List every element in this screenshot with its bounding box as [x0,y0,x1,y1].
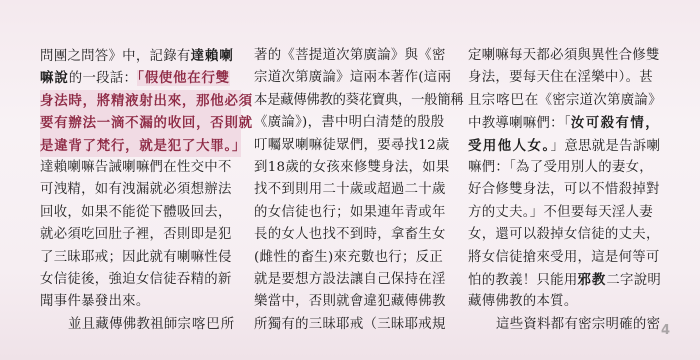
text-line: 叮囑眾喇嘛徒眾們，要尋找12歲 [254,135,449,157]
text-span: 中教導喇嘛們：「 [468,116,571,131]
emphasized-quote: 汝可殺有情， [571,115,660,131]
text-line: 就是要想方設法讓自己保持在淫 [254,269,449,291]
text-line: 定喇嘛每天都必須與異性合修雙 [468,45,668,67]
text-line: 女信徒後，強迫女信徒吞精的新 [40,269,237,291]
document-page: 問團之問答》中，記錄有達賴喇 嘛說的一段話：「假使他在行雙 身法時，將精液射出來… [0,0,700,360]
text-line: 中教導喇嘛們：「汝可殺有情， [468,112,668,134]
text-line: 怕的教義！只能用邪教二字說明 [468,269,668,291]
text-span: 的一段話： [69,71,137,86]
page-number: 4 [661,323,670,338]
text-column-3: 定喇嘛每天都必須與異性合修雙 身法，要每天住在淫樂中）。甚 且宗喀巴在《密宗道次… [468,45,668,336]
dalai-lama-name: 達賴喇 [191,48,234,64]
dalai-lama-name-cont: 嘛說 [40,70,69,86]
text-line: 就必須吃回肚子裡，否則即是犯 [40,224,237,246]
text-line: 要有辦法一滴不漏的收回，否則就 [40,112,237,134]
text-line: 可洩精，如有洩漏就必須想辦法 [40,179,237,201]
text-column-1: 問團之問答》中，記錄有達賴喇 嘛說的一段話：「假使他在行雙 身法時，將精液射出來… [40,45,237,336]
text-line: 到18歲的女孩來修雙身法，如果 [254,157,449,179]
text-line: 問團之問答》中，記錄有達賴喇 [40,45,237,67]
text-span: 且 [468,93,482,108]
text-line: 長的女人也找不到時，拿畜生女 [254,224,449,246]
text-line: 了三昧耶戒；因此就有喇嘛性侵 [40,247,237,269]
text-line: 好合修雙身法，可以不惜殺掉對 [468,179,668,201]
emphasized-term: 邪教 [578,272,607,288]
text-line: 嘛們：「為了受用別人的妻女， [468,157,668,179]
text-column-2: 著的《菩提道次第廣論》與《密 宗道次第廣論》這兩本著作(這兩 本是藏傳佛教的葵花… [254,45,449,336]
text-line: 且宗喀巴在《密宗道次第廣論》 [468,90,668,112]
highlighted-quote: 身法時，將精液射出來，那他必須 [40,90,241,112]
tsongkhapa-name: 宗喀巴 [178,317,221,332]
text-line: 本是藏傳佛教的葵花寶典，一般簡稱 [254,90,449,112]
text-line: (雌性的畜生)來充數也行；反正 [254,247,449,269]
text-line: 身法，要每天住在淫樂中）。甚 [468,67,668,89]
text-line: 身法時，將精液射出來，那他必須 [40,90,237,112]
text-line: 將女信徒搶來受用，這是何等可 [468,247,668,269]
text-line: 聞事件暴發出來。 [40,291,237,313]
paragraph-start-line: 這些資料都有密宗明確的密 [468,314,668,336]
text-line: 回收，如果不能從下體吸回去， [40,202,237,224]
text-line: 所獨有的三昧耶戒（三昧耶戒規 [254,314,449,336]
tsongkhapa-name: 宗喀巴 [482,93,525,108]
text-span: 在《密宗道次第廣論》 [525,93,662,108]
text-line: 宗道次第廣論》這兩本著作(這兩 [254,67,449,89]
text-span: 並且藏傳佛教祖師 [68,317,178,332]
highlighted-quote: 要有辦法一滴不漏的收回，否則就 [40,112,241,134]
text-line: 女，還可以殺掉女信徒的丈夫， [468,224,668,246]
text-span: 」意思就是告訴喇 [551,139,661,154]
text-line: 樂當中，否則就會違犯藏傳佛教 [254,291,449,313]
text-line: 達賴喇嘛告誡喇嘛們在性交中不 [40,157,237,179]
text-line: 嘛說的一段話：「假使他在行雙 [40,67,237,89]
text-line: 的女信徒也行；如果連年青或年 [254,202,449,224]
text-line: 著的《菩提道次第廣論》與《密 [254,45,449,67]
text-span: 所 [221,317,235,332]
text-line: 藏傳佛教的本質。 [468,291,668,313]
text-span: 二字說明 [606,273,661,288]
text-line: 受用他人女。」意思就是告訴喇 [468,135,668,157]
paragraph-start-line: 並且藏傳佛教祖師宗喀巴所 [40,314,237,336]
highlighted-quote: 是違背了梵行，就是犯了大罪。」 [40,135,241,157]
highlighted-quote: 「假使他在行雙 [137,70,230,86]
text-span: 怕的教義！只能用 [468,273,578,288]
text-line: 《廣論》)，書中明白清楚的殷殷 [254,112,449,134]
text-line: 方的丈夫。」不但要每天淫人妻 [468,202,668,224]
text-span: 問團之問答》中，記錄有 [40,49,191,64]
emphasized-quote: 受用他人女。 [468,138,551,154]
text-line: 找不到則用二十歲或超過二十歲 [254,179,449,201]
text-line: 是違背了梵行，就是犯了大罪。」 [40,135,237,157]
